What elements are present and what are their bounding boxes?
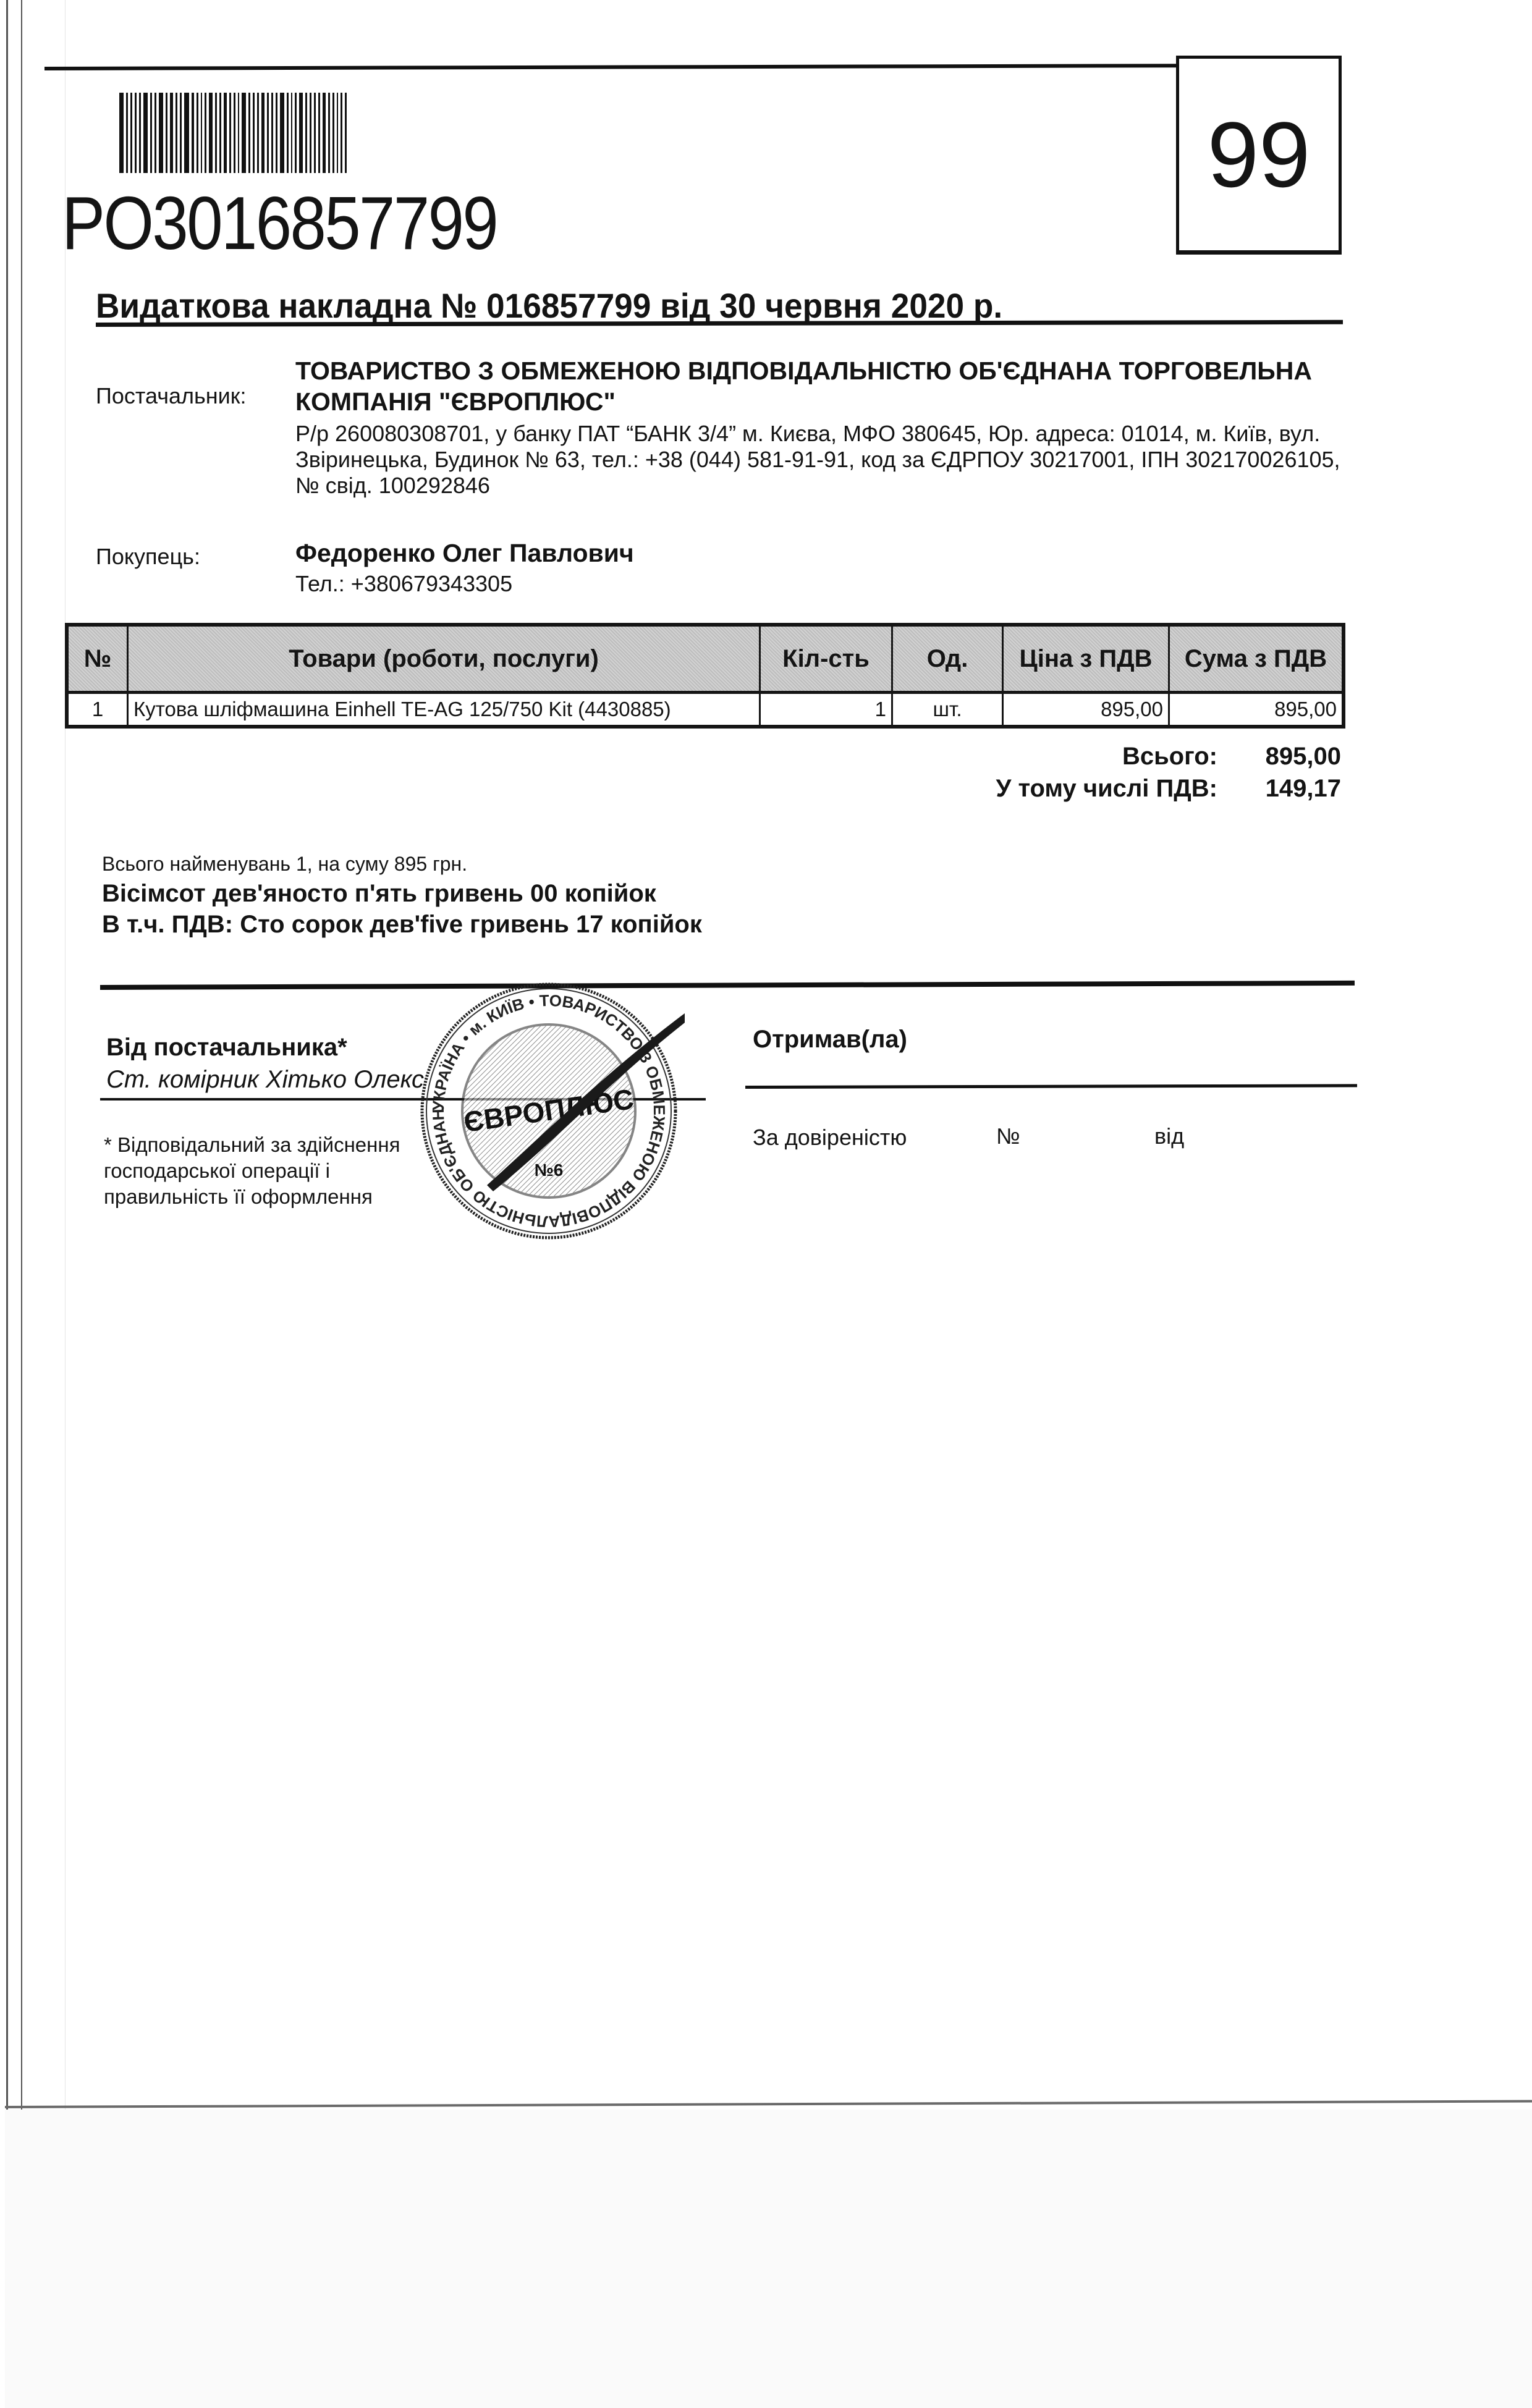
barcode-bar: [130, 93, 132, 173]
top-rule: [44, 64, 1177, 70]
buyer-block: Федоренко Олег Павлович Тел.: +380679343…: [295, 538, 634, 599]
page-badge-box: 99: [1176, 56, 1342, 255]
barcode-bar: [261, 93, 265, 173]
svg-text:№6: №6: [535, 1160, 564, 1180]
barcode-bar: [192, 93, 194, 173]
barcode-bar: [337, 93, 338, 173]
barcode-bar: [248, 93, 250, 173]
scanner-bed: [5, 2110, 1532, 2408]
from-supplier-label: Від постачальника*: [106, 1034, 347, 1062]
barcode-bar: [229, 93, 231, 173]
document-code: PO3016857799: [62, 185, 497, 261]
col-header-quantity: Кіл-сть: [760, 625, 892, 693]
barcode-bar: [280, 93, 284, 173]
vat-value: 149,17: [1236, 772, 1341, 805]
barcode-bar: [332, 93, 334, 173]
receiver-signature-line: [745, 1084, 1357, 1089]
barcode-bar: [135, 93, 137, 173]
supplier-block: ТОВАРИСТВО З ОБМЕЖЕНОЮ ВІДПОВІДАЛЬНІСТЮ …: [295, 355, 1358, 499]
barcode-bar: [242, 93, 246, 173]
barcode-bar: [257, 93, 259, 173]
barcode-bar: [209, 93, 213, 173]
barcode-bar: [253, 93, 255, 173]
scan-streak: [65, 0, 66, 2408]
amount-summary: Всього найменувань 1, на суму 895 грн. В…: [102, 850, 702, 940]
barcode-bar: [299, 93, 303, 173]
barcode: [119, 93, 543, 173]
col-header-number: №: [67, 625, 128, 693]
scan-edge-line: [21, 0, 22, 2408]
amount-in-words: Вісімсот дев'яносто п'ять гривень 00 коп…: [102, 878, 702, 909]
barcode-bar: [310, 93, 311, 173]
attorney-number-label: №: [996, 1123, 1020, 1149]
barcode-bar: [323, 93, 326, 173]
barcode-bar: [314, 93, 316, 173]
col-header-goods: Товари (роботи, послуги): [128, 625, 760, 693]
barcode-bar: [238, 93, 239, 173]
barcode-bar: [345, 93, 347, 173]
vat-in-words: В т.ч. ПДВ: Сто сорок дев'five гривень 1…: [102, 909, 702, 940]
barcode-bar: [176, 93, 177, 173]
barcode-bar: [180, 93, 182, 173]
barcode-bar: [201, 93, 202, 173]
barcode-bar: [276, 93, 277, 173]
vat-label: У тому числі ПДВ:: [996, 772, 1217, 805]
barcode-bar: [166, 93, 167, 173]
row-quantity: 1: [760, 693, 892, 727]
supplier-signer: Ст. комірник Хітько Олекс: [106, 1066, 424, 1094]
row-sum: 895,00: [1169, 693, 1344, 727]
row-number: 1: [67, 693, 128, 727]
total-label: Всього:: [1122, 740, 1217, 772]
power-of-attorney-label: За довіреністю: [753, 1125, 907, 1151]
items-table: № Товари (роботи, послуги) Кіл-сть Од. Ц…: [65, 623, 1345, 729]
barcode-bar: [159, 93, 163, 173]
barcode-bar: [267, 93, 269, 173]
table-row: 1 Кутова шліфмашина Einhell TE-AG 125/75…: [67, 693, 1344, 727]
company-stamp-icon: УКРАЇНА • м. КИЇВ • ТОВАРИСТВО З ОБМЕЖЕН…: [413, 975, 685, 1247]
footnote: * Відповідальний за здійснення господарс…: [104, 1132, 450, 1210]
barcode-bar: [341, 93, 342, 173]
barcode-bar: [139, 93, 141, 173]
paper-bottom-edge: [5, 2100, 1532, 2108]
supplier-name: ТОВАРИСТВО З ОБМЕЖЕНОЮ ВІДПОВІДАЛЬНІСТЮ …: [295, 355, 1358, 417]
supplier-details: Р/р 260080308701, у банку ПАТ “БАНК 3/4”…: [295, 421, 1358, 499]
barcode-bar: [119, 93, 124, 173]
barcode-bar: [287, 93, 289, 173]
buyer-label: Покупець:: [96, 544, 200, 570]
row-unit: шт.: [892, 693, 1003, 727]
buyer-phone: Тел.: +380679343305: [295, 568, 634, 599]
barcode-bar: [184, 93, 189, 173]
received-label: Отримав(ла): [753, 1026, 907, 1054]
row-goods-name: Кутова шліфмашина Einhell TE-AG 125/750 …: [128, 693, 760, 727]
buyer-name: Федоренко Олег Павлович: [295, 538, 634, 568]
barcode-bar: [126, 93, 128, 173]
attorney-date-label: від: [1154, 1123, 1184, 1149]
scan-edge-line: [6, 0, 8, 2408]
barcode-bar: [150, 93, 152, 173]
barcode-bar: [224, 93, 227, 173]
signature-top-rule: [100, 981, 1355, 990]
document-title: Видаткова накладна № 016857799 від 30 че…: [96, 285, 1002, 326]
col-header-sum: Сума з ПДВ: [1169, 625, 1344, 693]
barcode-bar: [291, 93, 292, 173]
col-header-unit: Од.: [892, 625, 1003, 693]
barcode-bar: [197, 93, 198, 173]
items-count-line: Всього найменувань 1, на суму 895 грн.: [102, 850, 702, 878]
table-header-row: № Товари (роботи, послуги) Кіл-сть Од. Ц…: [67, 625, 1344, 693]
barcode-bar: [219, 93, 221, 173]
barcode-bar: [295, 93, 297, 173]
barcode-bar: [318, 93, 320, 173]
barcode-bar: [170, 93, 173, 173]
barcode-bar: [328, 93, 330, 173]
total-value: 895,00: [1236, 740, 1341, 772]
barcode-bar: [205, 93, 206, 173]
barcode-bar: [154, 93, 156, 173]
barcode-bar: [215, 93, 217, 173]
barcode-bar: [271, 93, 273, 173]
barcode-bar: [305, 93, 307, 173]
barcode-bar: [143, 93, 148, 173]
col-header-price: Ціна з ПДВ: [1003, 625, 1169, 693]
barcode-bar: [234, 93, 235, 173]
row-price: 895,00: [1003, 693, 1169, 727]
page-badge: 99: [1179, 108, 1339, 201]
supplier-label: Постачальник:: [96, 383, 247, 409]
